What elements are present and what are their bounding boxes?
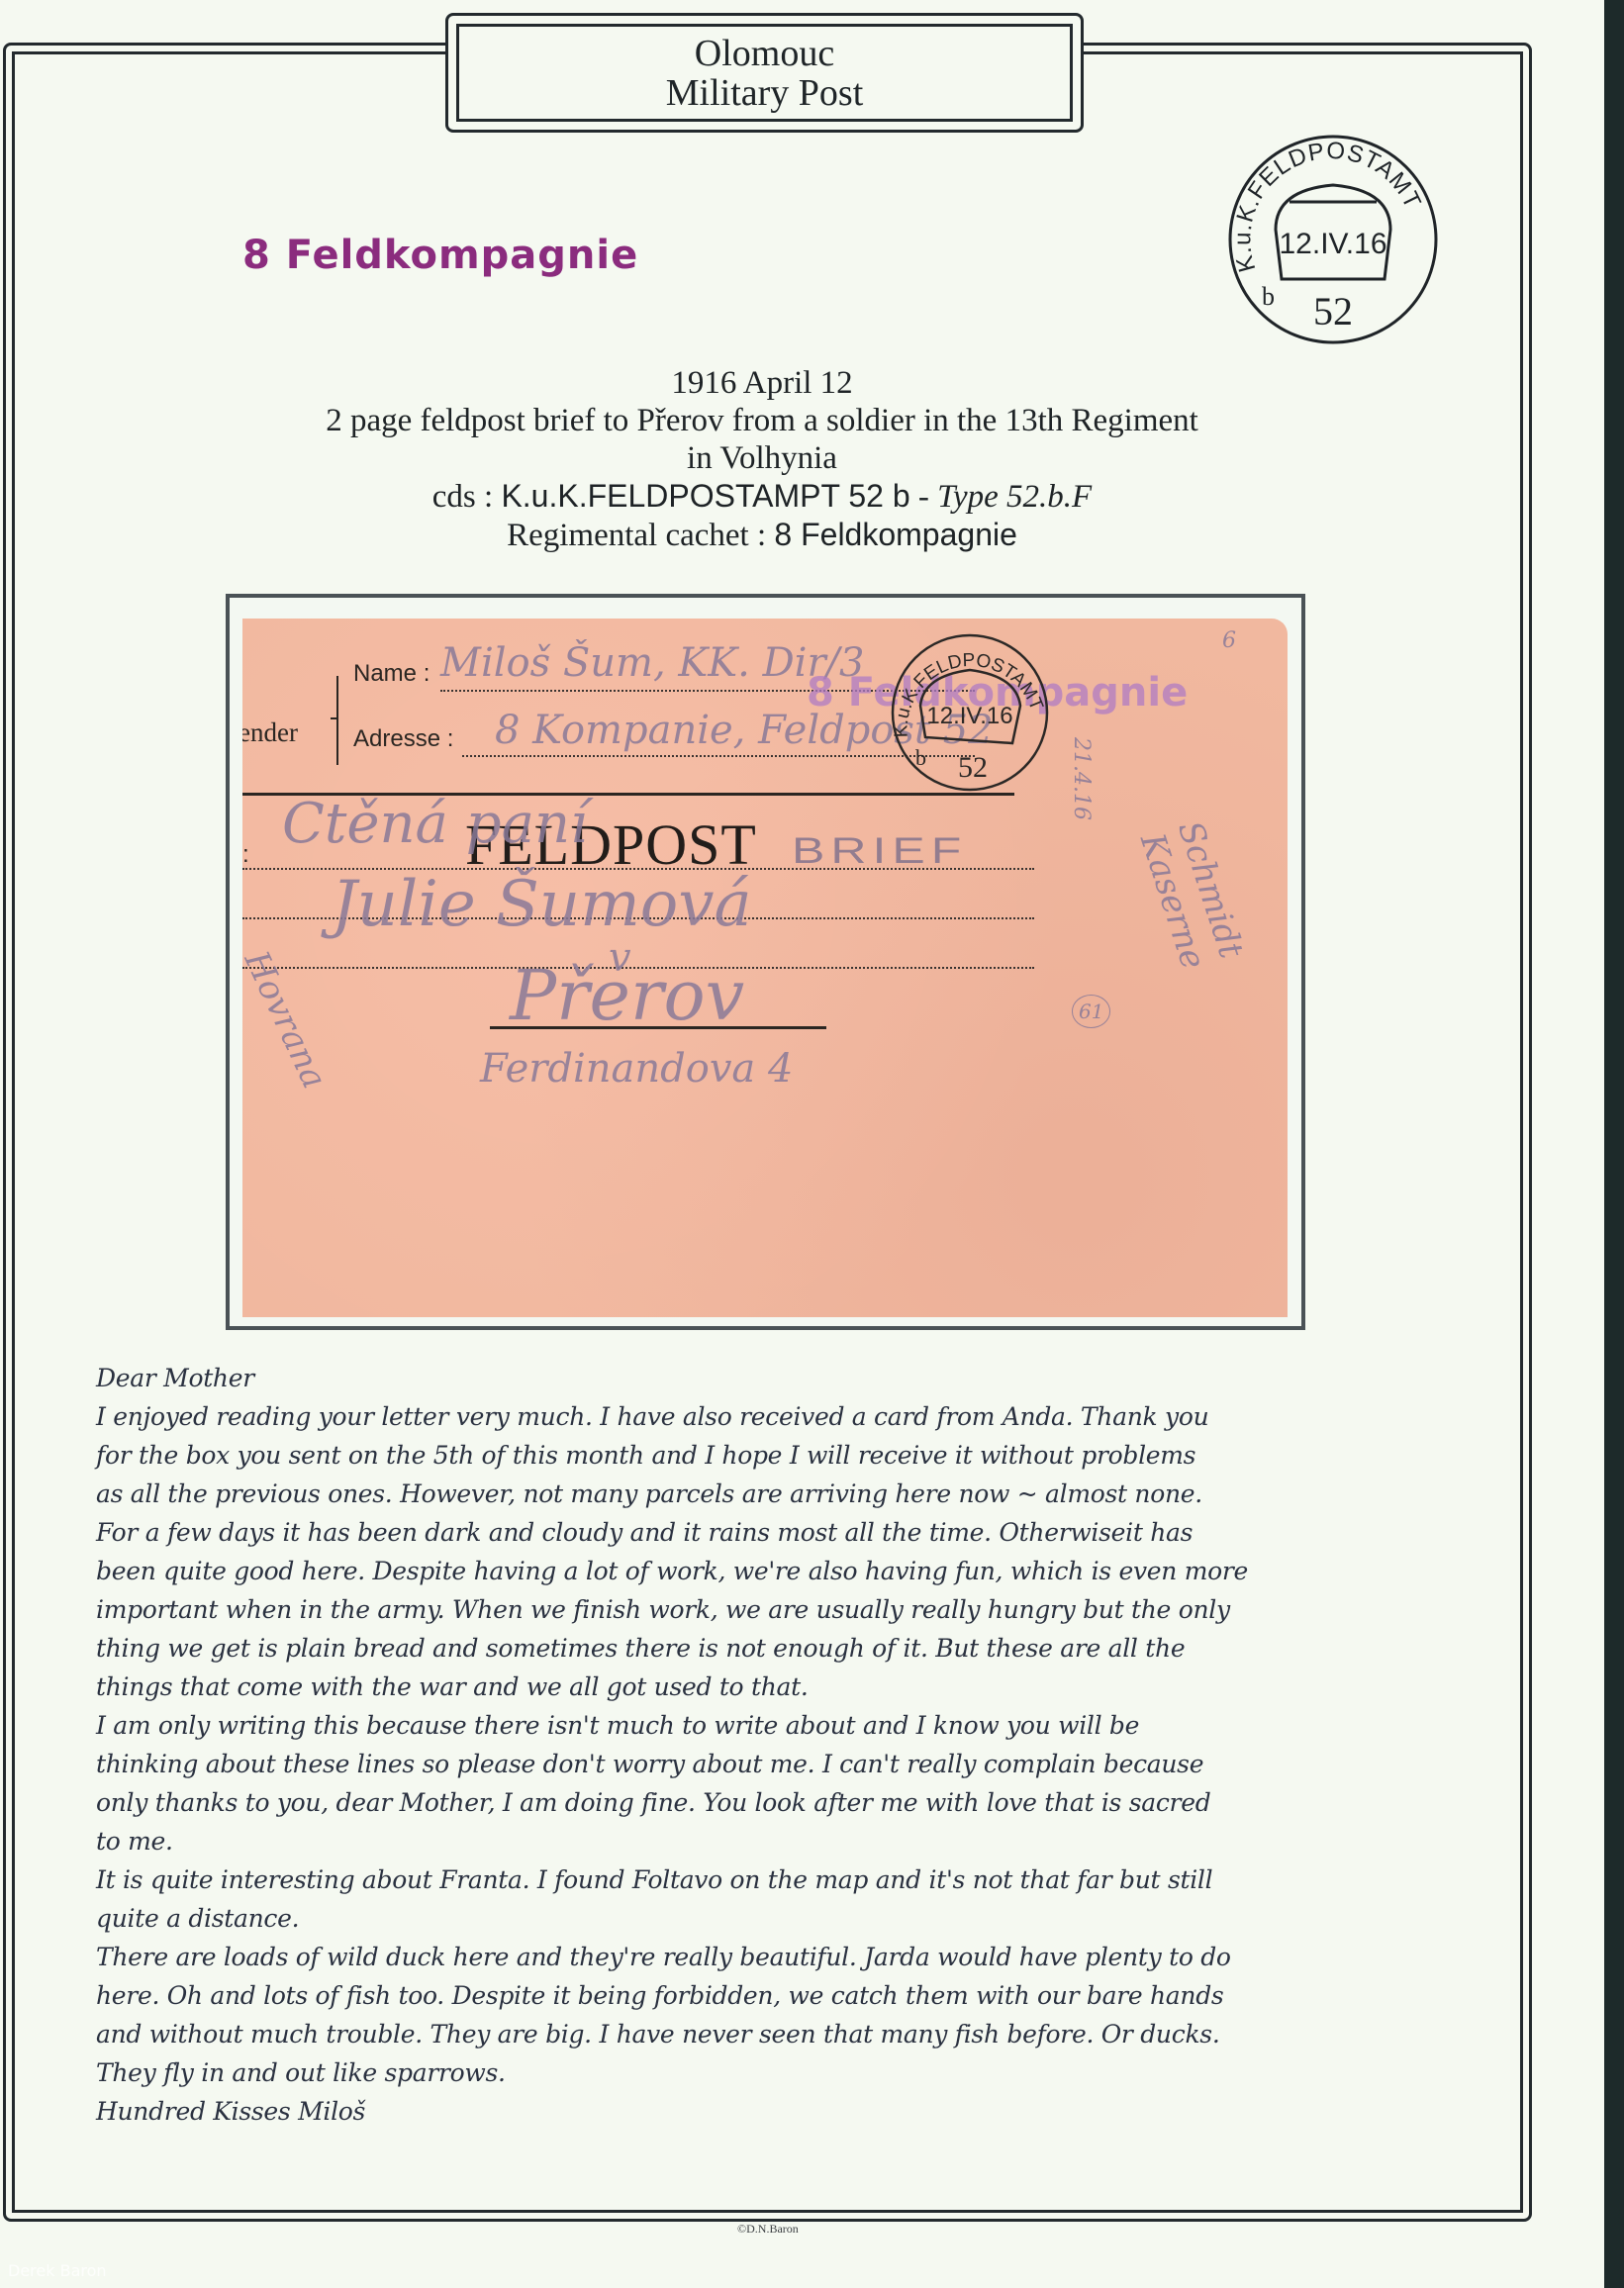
cds-type: - Type 52.b.F [910,479,1093,515]
handwritten-city: Přerov [510,955,744,1036]
brief-stamp: BRIEF [792,828,967,872]
letter-line: There are loads of wild duck here and th… [96,1938,1501,1976]
cds-label: cds : [432,479,502,515]
letter-line: things that come with the war and we all… [96,1668,1501,1706]
postmark-illustration: K.u.K.FELDPOSTAMT 12.IV.16 b 52 [1224,131,1442,348]
page-title: Olomouc [695,34,834,73]
description-line-2: in Volhynia [218,439,1306,477]
letter-line: I enjoyed reading your letter very much.… [96,1397,1501,1436]
postmark-office-letter: b [1262,282,1275,311]
letter-line: to me. [96,1822,1501,1860]
cachet-label: Regimental cachet : [507,518,774,553]
watermark: Derek Baron [8,2261,107,2280]
cds-value: K.u.K.FELDPOSTAMPT 52 b [501,478,909,514]
letter-line: and without much trouble. They are big. … [96,2015,1501,2053]
letter-line: thinking about these lines so please don… [96,1745,1501,1783]
letter-line: as all the previous ones. However, not m… [96,1475,1501,1513]
description-date: 1916 April 12 [218,364,1306,402]
envelope-postmark-letter: b [915,745,926,770]
address-label: Adresse : [353,725,453,753]
letter-line: For a few days it has been dark and clou… [96,1513,1501,1552]
letter-line: Dear Mother [96,1359,1501,1397]
regimental-cachet: 8 Feldkompagnie [242,233,638,278]
scan-edge-strip [1604,0,1624,2288]
handwritten-margin-right: Schmidt Kaserne [1132,816,1251,976]
envelope-postmark-date: 12.IV.16 [926,703,1012,729]
letter-line: only thanks to you, dear Mother, I am do… [96,1783,1501,1822]
letter-line: I am only writing this because there isn… [96,1706,1501,1745]
letter-line: quite a distance. [96,1899,1501,1938]
description-cachet: Regimental cachet : 8 Feldkompagnie [218,516,1306,554]
sender-label: ender [242,717,298,748]
name-label: Name : [353,660,430,688]
handwritten-street: Ferdinandova 4 [480,1046,793,1092]
letter-transcription: Dear MotherI enjoyed reading your letter… [96,1359,1501,2131]
item-description: 1916 April 12 2 page feldpost brief to P… [218,364,1306,554]
page-subtitle: Military Post [666,73,864,113]
feldpost-envelope: ender Name : Adresse : Miloš Šum, KK. Di… [242,619,1288,1317]
page-title-box: Olomouc Military Post [445,13,1084,133]
cachet-value: 8 Feldkompagnie [774,517,1016,552]
letter-line: important when in the army. When we fini… [96,1590,1501,1629]
letter-line: Hundred Kisses Miloš [96,2092,1501,2131]
handwritten-sender-name: Miloš Šum, KK. Dir/3 [440,640,865,686]
handwritten-recipient: Julie Šumová [332,868,752,941]
letter-line: been quite good here. Despite having a l… [96,1552,1501,1590]
handwritten-salutation: Ctěná paní [282,792,588,856]
letter-line: for the box you sent on the 5th of this … [96,1436,1501,1475]
letter-line: here. Oh and lots of fish too. Despite i… [96,1976,1501,2015]
handwritten-date-note: 21.4.16 [1069,737,1094,820]
envelope-postmark: K.u.K.FELDPOSTAMT 12.IV.16 b 52 [886,628,1054,797]
sender-brace [336,676,348,765]
description-cds: cds : K.u.K.FELDPOSTAMPT 52 b - Type 52.… [218,477,1306,516]
letter-line: thing we get is plain bread and sometime… [96,1629,1501,1668]
handwritten-corner-note: 6 [1222,628,1236,653]
envelope-postmark-number: 52 [958,751,988,784]
postmark-office-number: 52 [1313,289,1353,334]
letter-line: They fly in and out like sparrows. [96,2053,1501,2092]
copyright-notice: ©D.N.Baron [737,2222,799,2237]
postmark-date: 12.IV.16 [1280,228,1387,260]
description-line-1: 2 page feldpost brief to Přerov from a s… [218,402,1306,439]
recipient-label: : [242,841,249,869]
letter-line: It is quite interesting about Franta. I … [96,1860,1501,1899]
handwritten-circled-number: 61 [1072,995,1110,1028]
